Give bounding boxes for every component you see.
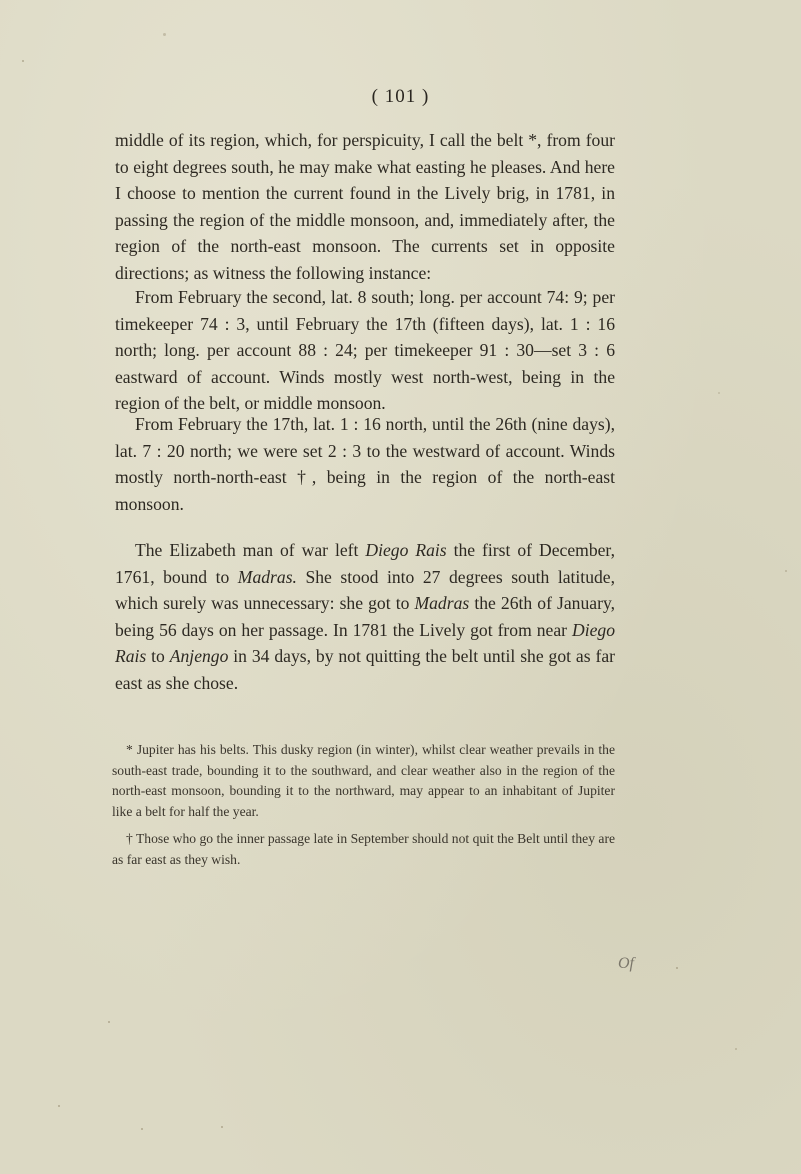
paper-speck bbox=[58, 1105, 60, 1107]
paragraph-text: The Elizabeth man of war left Diego Rais… bbox=[115, 537, 615, 697]
continued-paragraph: middle of its region, which, for perspic… bbox=[115, 127, 615, 287]
footnote-asterisk: * Jupiter has his belts. This dusky regi… bbox=[112, 740, 615, 822]
paragraph-text: From February the 17th, lat. 1 : 16 nort… bbox=[115, 411, 615, 517]
text-segment: The Elizabeth man of war left bbox=[135, 540, 365, 560]
paper-speck bbox=[676, 967, 678, 969]
footnote-text: Those who go the inner passage late in S… bbox=[112, 831, 615, 867]
paper-speck bbox=[718, 392, 720, 394]
place-name-diego-rais: Diego Rais bbox=[365, 540, 446, 560]
place-name-madras: Madras bbox=[414, 593, 469, 613]
footnote-text: Jupiter has his belts. This dusky region… bbox=[112, 742, 615, 819]
paragraph-february-17th: From February the 17th, lat. 1 : 16 nort… bbox=[115, 411, 615, 517]
place-name-anjengo: Anjengo bbox=[170, 646, 229, 666]
place-name-madras: Madras. bbox=[238, 567, 297, 587]
paper-speck bbox=[108, 1021, 110, 1023]
paragraph-text: From February the second, lat. 8 south; … bbox=[115, 284, 615, 417]
book-page: ( 101 ) middle of its region, which, for… bbox=[0, 0, 801, 1174]
paper-speck bbox=[221, 1126, 223, 1128]
paragraph-text: middle of its region, which, for perspic… bbox=[115, 127, 615, 287]
page-number: ( 101 ) bbox=[0, 86, 801, 108]
paper-speck bbox=[785, 570, 787, 572]
paper-speck bbox=[22, 60, 24, 62]
footnote-marker: * bbox=[126, 742, 133, 757]
paper-speck bbox=[735, 1048, 737, 1050]
footnote-marker: † bbox=[126, 831, 133, 846]
footnotes: * Jupiter has his belts. This dusky regi… bbox=[112, 740, 615, 870]
paragraph-february-second: From February the second, lat. 8 south; … bbox=[115, 284, 615, 417]
paragraph-elizabeth: The Elizabeth man of war left Diego Rais… bbox=[115, 537, 615, 697]
text-segment: to bbox=[146, 646, 169, 666]
footnote-dagger: † Those who go the inner passage late in… bbox=[112, 829, 615, 870]
catchword: Of bbox=[618, 955, 634, 973]
paper-speck bbox=[141, 1128, 143, 1130]
paper-speck bbox=[163, 33, 166, 36]
